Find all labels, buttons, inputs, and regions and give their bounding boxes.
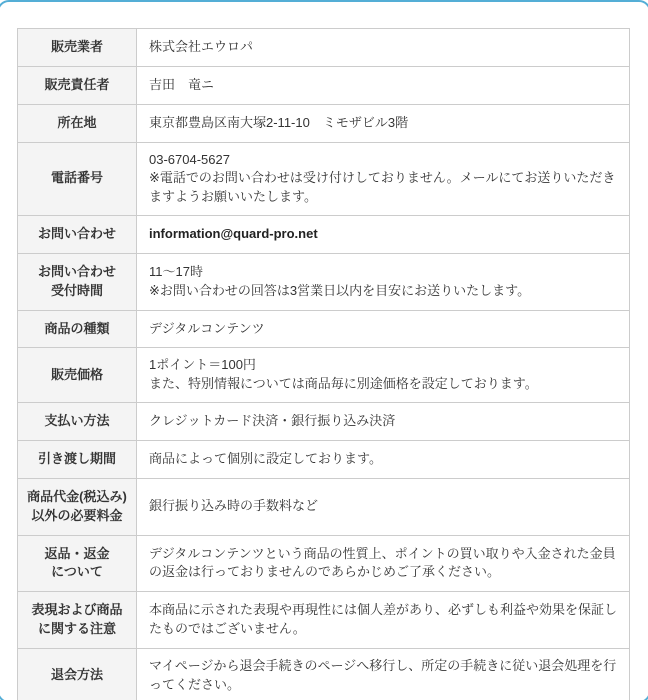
row-label: 返品・返金 について (18, 535, 137, 592)
table-row: 退会方法マイページから退会手続きのページへ移行し、所定の手続きに従い退会処理を行… (18, 648, 630, 700)
row-value: 東京都豊島区南大塚2-11-10 ミモザビル3階 (137, 104, 630, 142)
row-label: お問い合わせ (18, 216, 137, 254)
table-row: 電話番号03-6704-5627 ※電話でのお問い合わせは受け付けしておりません… (18, 142, 630, 216)
row-label: 所在地 (18, 104, 137, 142)
row-label: 商品代金(税込み) 以外の必要料金 (18, 478, 137, 535)
row-value: デジタルコンテンツ (137, 310, 630, 348)
row-label: 退会方法 (18, 648, 137, 700)
table-row: 販売業者株式会社エウロパ (18, 29, 630, 67)
table-row: 返品・返金 についてデジタルコンテンツという商品の性質上、ポイントの買い取りや入… (18, 535, 630, 592)
row-label: 販売価格 (18, 348, 137, 403)
row-value: 03-6704-5627 ※電話でのお問い合わせは受け付けしておりません。メール… (137, 142, 630, 216)
table-row: 引き渡し期間商品によって個別に設定しております。 (18, 440, 630, 478)
table-row: 商品代金(税込み) 以外の必要料金銀行振り込み時の手数料など (18, 478, 630, 535)
table-row: 販売責任者吉田 竜ニ (18, 66, 630, 104)
row-value: 銀行振り込み時の手数料など (137, 478, 630, 535)
row-value: 11～17時 ※お問い合わせの回答は3営業日以内を目安にお送りいたします。 (137, 253, 630, 310)
table-row: 所在地東京都豊島区南大塚2-11-10 ミモザビル3階 (18, 104, 630, 142)
row-value: マイページから退会手続きのページへ移行し、所定の手続きに従い退会処理を行ってくだ… (137, 648, 630, 700)
row-label: 電話番号 (18, 142, 137, 216)
table-row: 表現および商品 に関する注意本商品に示された表現や再現性には個人差があり、必ずし… (18, 592, 630, 649)
row-value: 商品によって個別に設定しております。 (137, 440, 630, 478)
row-value: information@quard-pro.net (137, 216, 630, 254)
commercial-disclosure-table: 販売業者株式会社エウロパ販売責任者吉田 竜ニ所在地東京都豊島区南大塚2-11-1… (17, 28, 630, 700)
disclosure-table-body: 販売業者株式会社エウロパ販売責任者吉田 竜ニ所在地東京都豊島区南大塚2-11-1… (18, 29, 630, 700)
row-label: 販売業者 (18, 29, 137, 67)
table-row: 支払い方法クレジットカード決済・銀行振り込み決済 (18, 403, 630, 441)
row-value: 本商品に示された表現や再現性には個人差があり、必ずしも利益や効果を保証したもので… (137, 592, 630, 649)
row-value: 株式会社エウロパ (137, 29, 630, 67)
row-label: 販売責任者 (18, 66, 137, 104)
row-value: クレジットカード決済・銀行振り込み決済 (137, 403, 630, 441)
row-value: 1ポイント＝100円 また、特別情報については商品毎に別途価格を設定しております… (137, 348, 630, 403)
row-value: デジタルコンテンツという商品の性質上、ポイントの買い取りや入金された金員の返金は… (137, 535, 630, 592)
table-row: 商品の種類デジタルコンテンツ (18, 310, 630, 348)
page-content: 販売業者株式会社エウロパ販売責任者吉田 竜ニ所在地東京都豊島区南大塚2-11-1… (0, 0, 648, 700)
table-row: お問い合わせ 受付時間11～17時 ※お問い合わせの回答は3営業日以内を目安にお… (18, 253, 630, 310)
table-row: 販売価格1ポイント＝100円 また、特別情報については商品毎に別途価格を設定して… (18, 348, 630, 403)
row-label: 引き渡し期間 (18, 440, 137, 478)
row-label: 支払い方法 (18, 403, 137, 441)
table-row: お問い合わせinformation@quard-pro.net (18, 216, 630, 254)
row-label: お問い合わせ 受付時間 (18, 253, 137, 310)
row-label: 商品の種類 (18, 310, 137, 348)
row-label: 表現および商品 に関する注意 (18, 592, 137, 649)
row-value: 吉田 竜ニ (137, 66, 630, 104)
